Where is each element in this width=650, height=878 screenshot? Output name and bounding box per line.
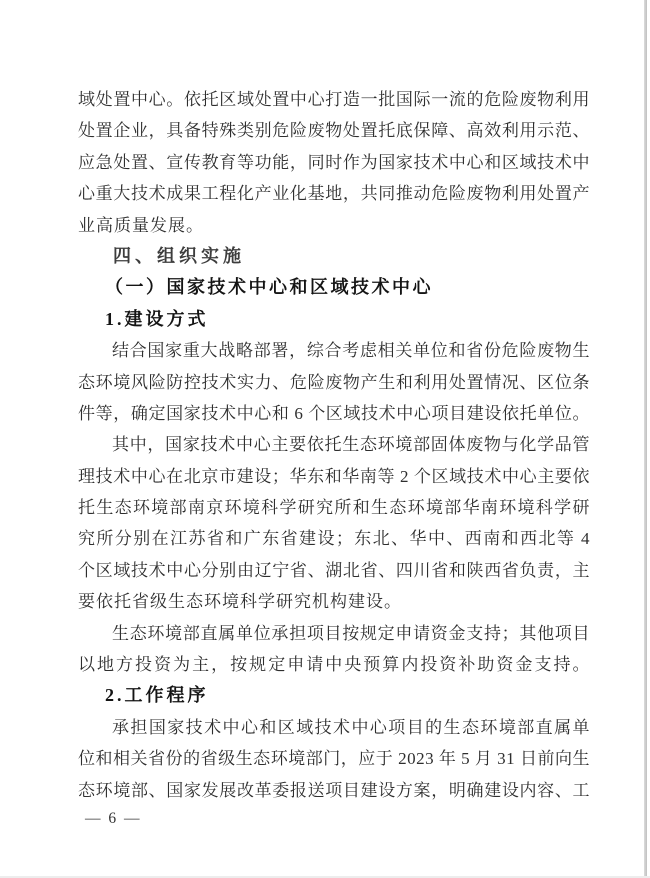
body-text-line: 究所分别在江苏省和广东省建设；东北、华中、西南和西北等 4 xyxy=(78,523,590,554)
page-number: — 6 — xyxy=(78,807,590,831)
subsection-heading: （一）国家技术中心和区域技术中心 xyxy=(78,272,590,303)
body-text-line: 处置企业，具备特殊类别危险废物处置托底保障、高效利用示范、 xyxy=(78,115,590,146)
body-text-line: 件等，确定国家技术中心和 6 个区域技术中心项目建设依托单位。 xyxy=(78,398,590,429)
section-heading: 四、组织实施 xyxy=(78,241,590,272)
body-text-line: 以地方投资为主，按规定申请中央预算内投资补助资金支持。 xyxy=(78,649,590,680)
body-text-line: 生态环境部直属单位承担项目按规定申请资金支持；其他项目 xyxy=(78,618,590,649)
body-text-line: 位和相关省份的省级生态环境部门，应于 2023 年 5 月 31 日前向生 xyxy=(78,743,590,774)
body-text-line: 结合国家重大战略部署，综合考虑相关单位和省份危险废物生 xyxy=(78,335,590,366)
body-text-line: 其中，国家技术中心主要依托生态环境部固体废物与化学品管 xyxy=(78,429,590,460)
document-text: 域处置中心。依托区域处置中心打造一批国际一流的危险废物利用 处置企业，具备特殊类… xyxy=(78,84,590,831)
body-text-line: 态环境部、国家发展改革委报送项目建设方案，明确建设内容、工 xyxy=(78,775,590,806)
item-heading: 2.工作程序 xyxy=(78,680,590,711)
document-page: 域处置中心。依托区域处置中心打造一批国际一流的危险废物利用 处置企业，具备特殊类… xyxy=(0,0,650,878)
body-text-line: 承担国家技术中心和区域技术中心项目的生态环境部直属单 xyxy=(78,712,590,743)
body-text-line: 域处置中心。依托区域处置中心打造一批国际一流的危险废物利用 xyxy=(78,84,590,115)
item-heading: 1.建设方式 xyxy=(78,304,590,335)
body-text-line: 业高质量发展。 xyxy=(78,210,590,241)
body-text-line: 心重大技术成果工程化产业化基地，共同推动危险废物利用处置产 xyxy=(78,178,590,209)
scan-edge-right xyxy=(644,0,647,878)
body-text-line: 理技术中心在北京市建设；华东和华南等 2 个区域技术中心主要依 xyxy=(78,461,590,492)
body-text-line: 个区域技术中心分别由辽宁省、湖北省、四川省和陕西省负责，主 xyxy=(78,555,590,586)
body-text-line: 要依托省级生态环境科学研究机构建设。 xyxy=(78,586,590,617)
body-text-line: 态环境风险防控技术实力、危险废物产生和利用处置情况、区位条 xyxy=(78,367,590,398)
body-text-line: 应急处置、宣传教育等功能，同时作为国家技术中心和区域技术中 xyxy=(78,147,590,178)
body-text-line: 托生态环境部南京环境科学研究所和生态环境部华南环境科学研 xyxy=(78,492,590,523)
